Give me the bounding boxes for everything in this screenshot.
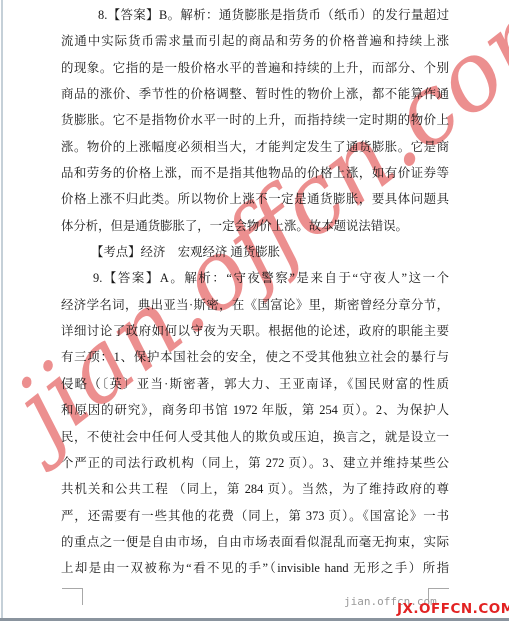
text-line: 【考点】经济 宏观经济 通货膨胀	[61, 239, 449, 265]
text-line: 侵略（〔英〕亚当·斯密著，郭大力、王亚南译，《国民财富的性质	[61, 371, 449, 397]
text-line: 商品的涨价、季节性的价格调整、暂时性的物价上涨，都不能算作通	[61, 81, 449, 107]
text-line: 体分析，但是通货膨胀了，一定会物价上涨。故本题说法错误。	[61, 213, 449, 239]
document-text-block: 8.【答案】B。解析：通货膨胀是指货币（纸币）的发行量超过流通中实际货币需求量而…	[61, 2, 449, 582]
text-line: 有三项：1、保护本国社会的安全，使之不受其他独立社会的暴行与	[61, 344, 449, 370]
page-bottom-border	[0, 618, 509, 621]
text-line: 9.【答案】A。解析：“守夜警察”是来自于“守夜人”这一个	[61, 265, 449, 291]
text-line: 涨。物价的上涨幅度必须相当大，才能判定发生了通货膨胀。它是商	[61, 134, 449, 160]
text-boundary-corner-mark-left	[62, 588, 83, 605]
site-logo-text: JX.OFFCN.COM	[397, 602, 509, 617]
text-line: 8.【答案】B。解析：通货膨胀是指货币（纸币）的发行量超过	[61, 2, 449, 28]
text-line: 经济学名词，典出亚当·斯密，在《国富论》里，斯密曾经分章分节，	[61, 292, 449, 318]
text-line: 品和劳务的价格上涨，而不是指其他物品的价格上涨，如有价证券等	[61, 160, 449, 186]
text-line: 和原因的研究》，商务印书馆 1972 年版，第 254 页）。2、为保护人	[61, 397, 449, 423]
text-line: 价格上涨不归此类。所以物价上涨不一定是通货膨胀，要具体问题具	[61, 186, 449, 212]
text-line: 的现象。它指的是一般价格水平的普遍和持续的上升，而部分、个别	[61, 55, 449, 81]
text-line: 货膨胀。它不是指物价水平一时的上升，而指持续一定时期的物价上	[61, 107, 449, 133]
text-line: 详细讨论了政府如何以守夜为天职。根据他的论述，政府的职能主要	[61, 318, 449, 344]
text-line: 上却是由一双被称为“看不见的手”（invisible hand 无形之手）所指	[61, 555, 449, 581]
text-line: 个严正的司法行政机构（同上，第 272 页）。3、建立并维持某些公	[61, 450, 449, 476]
page-left-border	[1, 0, 3, 621]
text-line: 严，还需要有一些其他的花费（同上，第 373 页）。《国富论》一书	[61, 503, 449, 529]
text-line: 共机关和公共工程 （同上，第 284 页）。当然，为了维持政府的尊	[61, 476, 449, 502]
text-line: 流通中实际货币需求量而引起的商品和劳务的价格普遍和持续上涨	[61, 28, 449, 54]
text-line: 的重点之一便是自由市场，自由市场表面看似混乱而毫无拘束，实际	[61, 529, 449, 555]
document-page: jian.offcn.com 8.【答案】B。解析：通货膨胀是指货币（纸币）的发…	[0, 0, 509, 627]
text-line: 民，不使社会中任何人受其他人的欺负或压迫，换言之，就是设立一	[61, 424, 449, 450]
